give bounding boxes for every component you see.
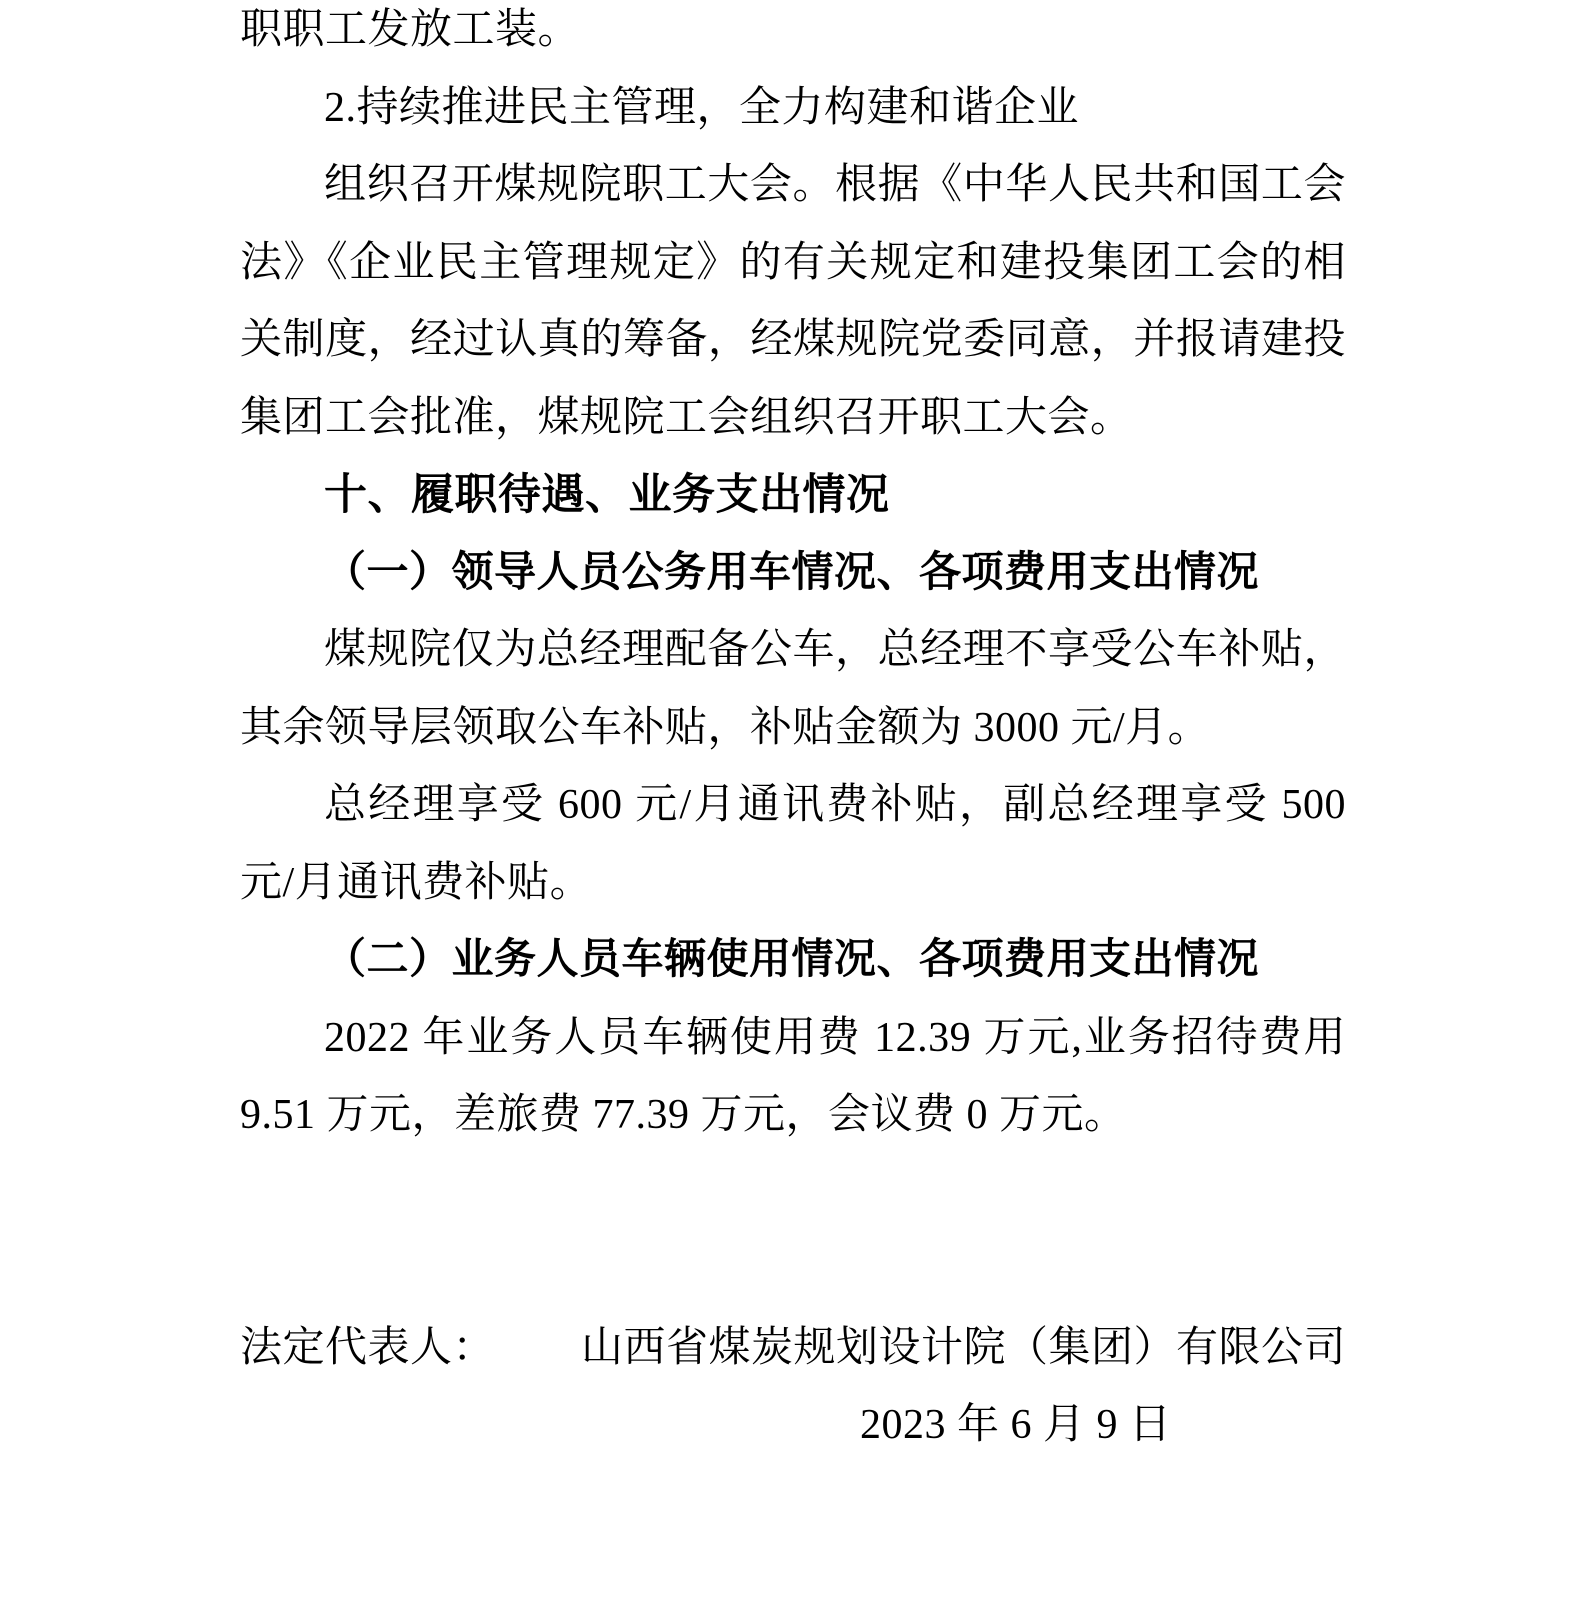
text-line: 其余领导层领取公车补贴，补贴金额为 3000 元/月。 [240,690,1346,768]
signature-row: 法定代表人： 山西省煤炭规划设计院（集团）有限公司 [240,1310,1346,1388]
text-line: 元/月通讯费补贴。 [240,845,1346,923]
text-line: 集团工会批准，煤规院工会组织召开职工大会。 [240,380,1346,458]
text-line: 煤规院仅为总经理配备公车，总经理不享受公车补贴， [240,612,1346,690]
text-line: 职职工发放工装。 [240,0,1346,70]
section-heading: 十、履职待遇、业务支出情况 [240,457,1346,535]
company-name: 山西省煤炭规划设计院（集团）有限公司 [581,1310,1346,1388]
document-content: 职职工发放工装。 2.持续推进民主管理，全力构建和谐企业 组织召开煤规院职工大会… [240,0,1346,1465]
document-page: 职职工发放工装。 2.持续推进民主管理，全力构建和谐企业 组织召开煤规院职工大会… [0,0,1586,1600]
blank-line [240,1232,1346,1310]
text-line: 2022 年业务人员车辆使用费 12.39 万元,业务招待费用 [240,1000,1346,1078]
text-line: 法》《企业民主管理规定》的有关规定和建投集团工会的相 [240,225,1346,303]
subsection-heading: （一）领导人员公务用车情况、各项费用支出情况 [240,535,1346,613]
legal-representative-label: 法定代表人： [240,1310,495,1388]
text-line: 9.51 万元，差旅费 77.39 万元，会议费 0 万元。 [240,1077,1346,1155]
subsection-heading: （二）业务人员车辆使用情况、各项费用支出情况 [240,922,1346,1000]
text-line: 2.持续推进民主管理，全力构建和谐企业 [240,70,1346,148]
text-line: 总经理享受 600 元/月通讯费补贴，副总经理享受 500 [240,767,1346,845]
blank-line [240,1155,1346,1233]
text-line: 关制度，经过认真的筹备，经煤规院党委同意，并报请建投 [240,302,1346,380]
document-date: 2023 年 6 月 9 日 [240,1387,1346,1465]
text-line: 组织召开煤规院职工大会。根据《中华人民共和国工会 [240,147,1346,225]
